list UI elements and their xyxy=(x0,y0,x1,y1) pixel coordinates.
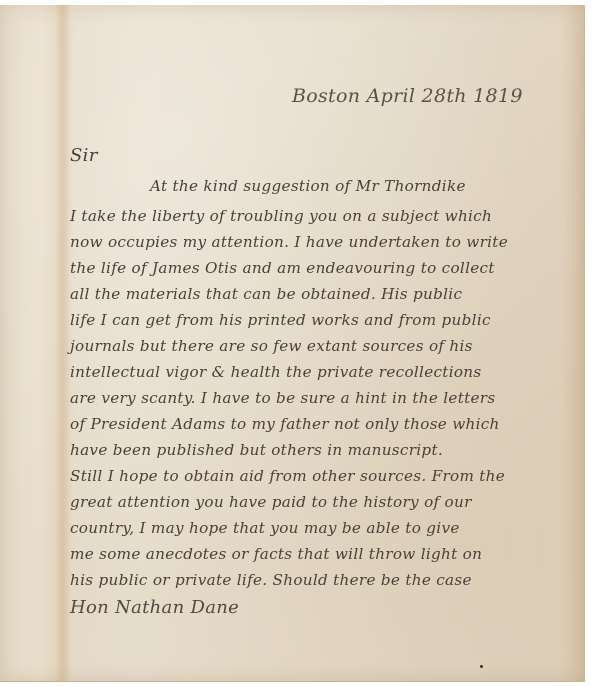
ink-spot xyxy=(480,665,483,668)
addressee: Hon Nathan Dane xyxy=(70,597,239,618)
body-line: journals but there are so few extant sou… xyxy=(70,337,473,355)
paper-fold-crease xyxy=(55,5,71,681)
body-line: country, I may hope that you may be able… xyxy=(70,519,460,537)
body-line: the life of James Otis and am endeavouri… xyxy=(70,259,495,277)
body-line: his public or private life. Should there… xyxy=(70,571,472,589)
body-line: great attention you have paid to the his… xyxy=(70,493,472,511)
body-line: of President Adams to my father not only… xyxy=(70,415,500,433)
body-line: Still I hope to obtain aid from other so… xyxy=(70,467,505,485)
body-line: are very scanty. I have to be sure a hin… xyxy=(70,389,495,407)
letter-page: Boston April 28th 1819 Sir At the kind s… xyxy=(0,5,585,682)
body-line: At the kind suggestion of Mr Thorndike xyxy=(150,177,466,195)
body-line: life I can get from his printed works an… xyxy=(70,311,491,329)
body-line: have been published but others in manusc… xyxy=(70,441,443,459)
salutation: Sir xyxy=(70,145,98,166)
body-line: all the materials that can be obtained. … xyxy=(70,285,462,303)
body-line: intellectual vigor & health the private … xyxy=(70,363,481,381)
dateline: Boston April 28th 1819 xyxy=(292,85,523,107)
body-line: I take the liberty of troubling you on a… xyxy=(70,207,492,225)
body-line: me some anecdotes or facts that will thr… xyxy=(70,545,482,563)
body-line: now occupies my attention. I have undert… xyxy=(70,233,508,251)
